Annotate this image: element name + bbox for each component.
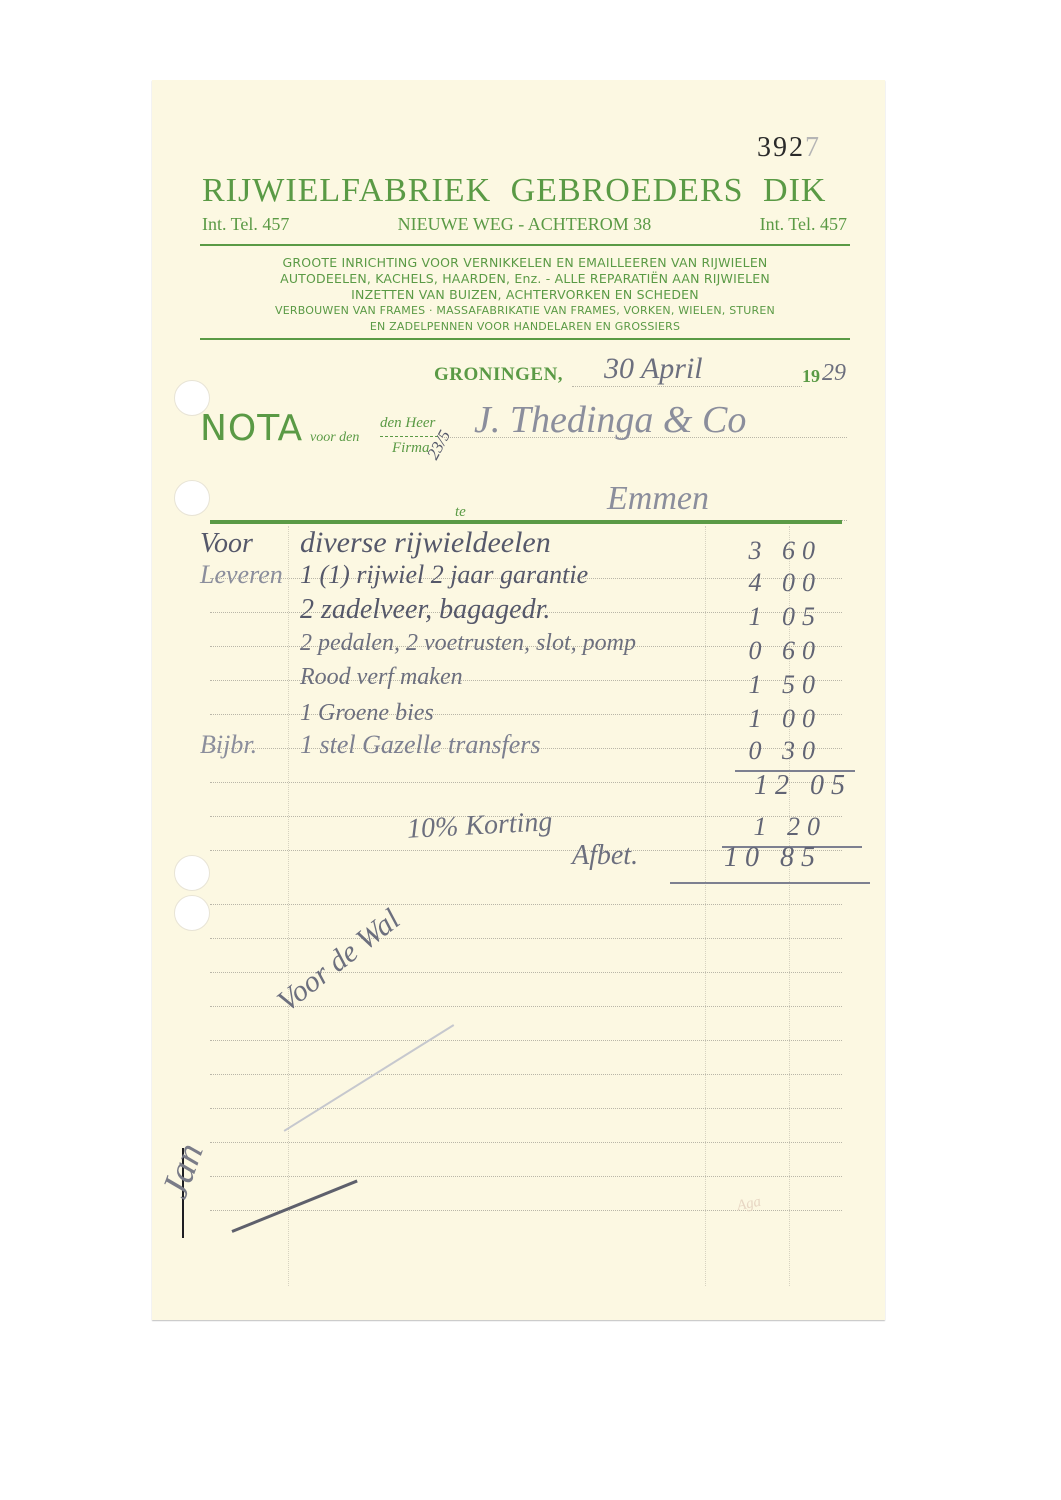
item-amount: 3 60 bbox=[712, 536, 822, 566]
subtotal-amount: 12 05 bbox=[742, 770, 852, 802]
ruled-line bbox=[210, 1176, 842, 1177]
item-description: Rood verf maken bbox=[300, 664, 463, 691]
ruled-line bbox=[210, 1142, 842, 1143]
handwritten-year: 29 bbox=[822, 360, 846, 387]
item-amount: 1 00 bbox=[712, 704, 822, 734]
item-margin-note: Bijbr. bbox=[200, 730, 257, 760]
total-underline bbox=[670, 882, 870, 884]
city-label: GRONINGEN, bbox=[434, 364, 563, 386]
punch-hole bbox=[174, 855, 210, 891]
header-rule-top bbox=[200, 244, 850, 246]
ruled-line bbox=[210, 1108, 842, 1109]
ruled-line bbox=[210, 938, 842, 939]
punch-hole bbox=[174, 480, 210, 516]
item-description: 1 (1) rijwiel 2 jaar garantie bbox=[300, 560, 588, 590]
service-line: GROOTE INRICHTING VOOR VERNIKKELEN EN EM… bbox=[200, 255, 850, 271]
header-rule-bottom bbox=[200, 338, 850, 340]
handwritten-date: 30 April bbox=[604, 352, 703, 386]
discount-label: 10% Korting bbox=[406, 806, 553, 846]
handwritten-place: Emmen bbox=[607, 480, 709, 518]
faint-stain: Aga bbox=[735, 1194, 762, 1216]
item-description: 2 zadelveer, bagagedr. bbox=[300, 594, 550, 626]
item-amount: 0 60 bbox=[712, 636, 822, 666]
ruled-line bbox=[210, 904, 842, 905]
ruled-line bbox=[210, 1040, 842, 1041]
voor-den-label: voor den bbox=[310, 430, 359, 446]
item-description: 2 pedalen, 2 voetrusten, slot, pomp bbox=[300, 630, 636, 657]
telephone-left: Int. Tel. 457 bbox=[202, 214, 289, 235]
service-line: INZETTEN VAN BUIZEN, ACHTERVORKEN EN SCH… bbox=[200, 287, 850, 303]
service-line: AUTODEELEN, KACHELS, HAARDEN, Enz. - ALL… bbox=[200, 271, 850, 287]
signature-underline bbox=[231, 1180, 357, 1233]
telephone-right: Int. Tel. 457 bbox=[760, 214, 847, 235]
item-description: diverse rijwieldeelen bbox=[300, 526, 551, 560]
services-list: GROOTE INRICHTING VOOR VERNIKKELEN EN EM… bbox=[200, 255, 850, 335]
year-printed: 19 bbox=[802, 366, 820, 387]
diagonal-note: Voor de Wal bbox=[271, 903, 407, 1019]
item-margin-note: Leveren bbox=[200, 560, 283, 590]
item-amount: 1 05 bbox=[712, 602, 822, 632]
margin-column-line bbox=[288, 526, 289, 1286]
item-amount: 0 30 bbox=[712, 736, 822, 766]
ruled-line bbox=[210, 1074, 842, 1075]
nota-title: NOTA bbox=[200, 408, 303, 449]
settled-label: Afbet. bbox=[572, 840, 638, 872]
service-line: VERBOUWEN VAN FRAMES · MASSAFABRIKATIE V… bbox=[200, 303, 850, 319]
item-description: 1 stel Gazelle transfers bbox=[300, 730, 541, 760]
table-header-rule bbox=[210, 520, 842, 524]
company-name: RIJWIELFABRIEK GEBROEDERS DIK bbox=[202, 172, 826, 210]
heer-firma-divider bbox=[380, 436, 438, 437]
service-line: EN ZADELPENNEN VOOR HANDELAREN EN GROSSI… bbox=[200, 319, 850, 335]
item-amount: 1 50 bbox=[712, 670, 822, 700]
discount-amount: 1 20 bbox=[717, 812, 827, 842]
street-address: NIEUWE WEG - ACHTEROM 38 bbox=[398, 214, 652, 235]
punch-hole bbox=[174, 895, 210, 931]
item-description: 1 Groene bies bbox=[300, 700, 434, 727]
item-margin-note: Voor bbox=[200, 528, 253, 560]
address-line: Int. Tel. 457 NIEUWE WEG - ACHTEROM 38 I… bbox=[202, 214, 847, 235]
den-heer-label: den Heer bbox=[380, 415, 435, 432]
handwritten-recipient: J. Thedinga & Co bbox=[474, 398, 746, 442]
total-amount: 10 85 bbox=[712, 842, 822, 874]
date-dotted-line bbox=[572, 386, 802, 387]
te-label: te bbox=[455, 504, 466, 521]
handwritten-recipient-mark: 23/5 bbox=[423, 427, 455, 463]
item-amount: 4 00 bbox=[712, 568, 822, 598]
amount-column-line bbox=[705, 526, 706, 1286]
document-number: 3927 bbox=[757, 132, 821, 164]
signature: Jan bbox=[153, 1137, 213, 1204]
invoice-paper: 3927 RIJWIELFABRIEK GEBROEDERS DIK Int. … bbox=[152, 80, 885, 1320]
